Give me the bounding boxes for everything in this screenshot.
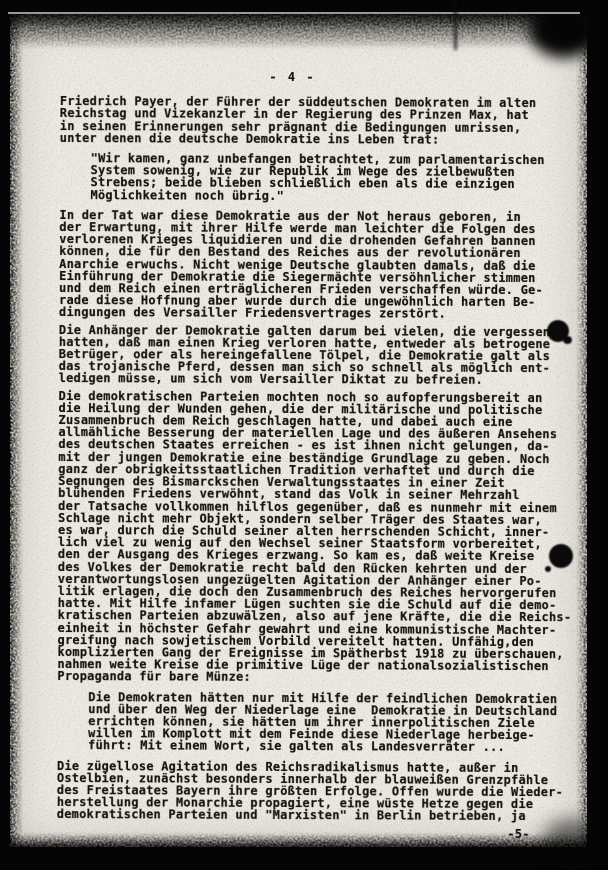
- right-edge-speckle: [576, 14, 587, 847]
- paragraph: Die Anhänger der Demokratie galten darum…: [59, 324, 564, 387]
- quote-block: "Wir kamen, ganz unbefangen betrachtet, …: [90, 152, 564, 203]
- left-edge-speckle: [10, 14, 23, 847]
- top-right-scan-shadow: [529, 0, 599, 58]
- paragraph: Friedrich Payer, der Führer der süddeuts…: [60, 95, 565, 146]
- page-number-footer: -5-: [57, 826, 530, 840]
- top-edge-shadow: [10, 14, 587, 48]
- paragraph: In der Tat war diese Demokratie aus der …: [59, 209, 564, 321]
- ink-smudge: [563, 336, 572, 344]
- page-text-column: - 4 - Friedrich Payer, der Führer der sü…: [57, 70, 565, 840]
- document-page: - 4 - Friedrich Payer, der Führer der sü…: [10, 14, 587, 847]
- scanned-document: - 4 - Friedrich Payer, der Führer der sü…: [0, 0, 608, 870]
- quote-block: Die Demokraten hätten nur mit Hilfe der …: [88, 691, 562, 754]
- top-edge-speckle: [10, 14, 587, 50]
- paragraph: Die demokratischen Parteien mochten noch…: [57, 390, 563, 685]
- paragraph: Die zügellose Agitation des Reichsradika…: [57, 760, 562, 823]
- page-number-header: - 4 -: [60, 70, 525, 84]
